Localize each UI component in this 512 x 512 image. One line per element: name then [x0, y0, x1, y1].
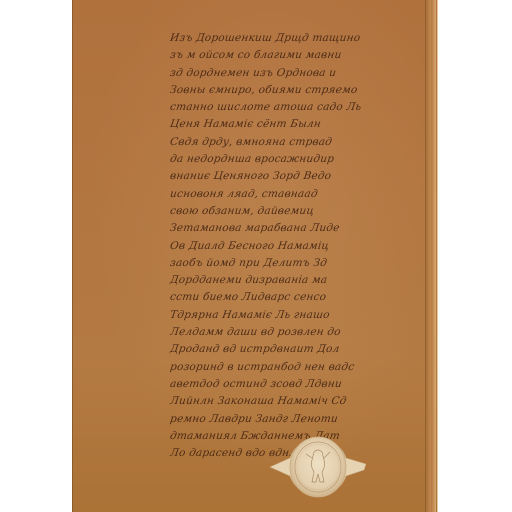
manuscript-line: Лийнлн Законаша Намаміч Сд [169, 393, 381, 410]
manuscript-line: Лелдамм даши вд розвлен до [169, 324, 381, 341]
manuscript-line: внаниє Ценяного Зорд Ведо [169, 168, 381, 185]
manuscript-line: Тдрярна Намаміє Ль гнашо [169, 307, 381, 324]
manuscript-line: Зетаманова марабвана Лиде [169, 220, 381, 237]
manuscript-line: Ценя Намаміє сёнт Былн [169, 116, 381, 133]
manuscript-line: Свдя дрду, вмнояна стрвад [169, 134, 381, 151]
seal-icon [268, 430, 368, 500]
manuscript-line: станно шислоте атоша садо Ль [169, 99, 381, 116]
manuscript-line: Изъ Дорошенкиш Дрщд тащино [169, 30, 381, 47]
manuscript-line: аветдод остинд зсовд Лдвни [169, 376, 381, 393]
manuscript-line: Зовны ємниро, обиями стряемо [169, 82, 381, 99]
manuscript-line: свою обзаним, дайвемиц [169, 203, 381, 220]
manuscript-line: ссти биемо Лидварс сенсо [169, 289, 381, 306]
manuscript-line: да недорднша вросажнидир [169, 151, 381, 168]
manuscript-line: исновоня ляад, ставнаад [169, 186, 381, 203]
manuscript-line: зъ м ойсом со благими мавни [169, 47, 381, 64]
handwritten-manuscript: Изъ Дорошенкиш Дрщд тащинозъ м ойсом со … [170, 30, 380, 462]
manuscript-line: ремно Лавдри Зандг Леноти [169, 411, 381, 428]
manuscript-line: Дроданд вд истрдвнаит Дол [169, 341, 381, 358]
manuscript-line: Ов Диалд Бесного Намаміц [169, 238, 381, 255]
manuscript-line: заобъ йомд при Делитъ Зд [169, 255, 381, 272]
book-cover: Изъ Дорошенкиш Дрщд тащинозъ м ойсом со … [72, 0, 438, 512]
book-spine [425, 0, 436, 512]
manuscript-line: розоринд в истранбод нен вадс [169, 359, 381, 376]
manuscript-line: Дордданеми дизраваніа ма [169, 272, 381, 289]
manuscript-line: зд дорднемен изъ Орднова и [169, 65, 381, 82]
